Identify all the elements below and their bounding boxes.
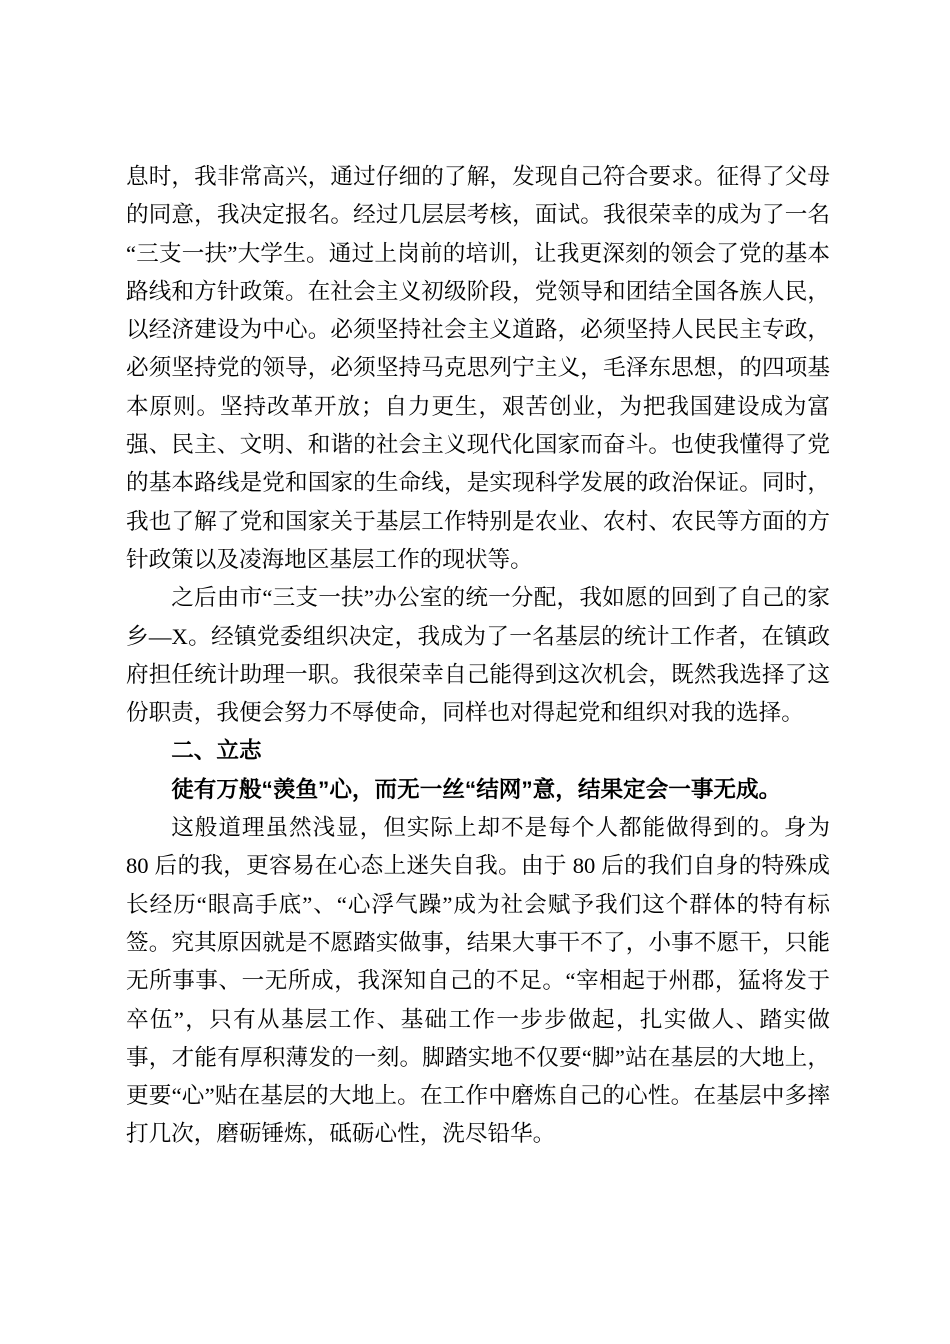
motto-line: 徒有万般“羡鱼”心，而无一丝“结网”意，结果定会一事无成。 xyxy=(126,771,830,809)
paragraph-aspiration: 这般道理虽然浅显，但实际上却不是每个人都能做得到的。身为 80 后的我，更容易在… xyxy=(126,809,830,1154)
paragraph-assignment: 之后由市“三支一扶”办公室的统一分配，我如愿的回到了自己的家乡—X。经镇党委组织… xyxy=(126,579,830,732)
section-heading: 二、立志 xyxy=(126,732,830,770)
paragraph-continuation: 息时，我非常高兴，通过仔细的了解，发现自己符合要求。征得了父母的同意，我决定报名… xyxy=(126,158,830,579)
document-page: 息时，我非常高兴，通过仔细的了解，发现自己符合要求。征得了父母的同意，我决定报名… xyxy=(0,0,950,1344)
